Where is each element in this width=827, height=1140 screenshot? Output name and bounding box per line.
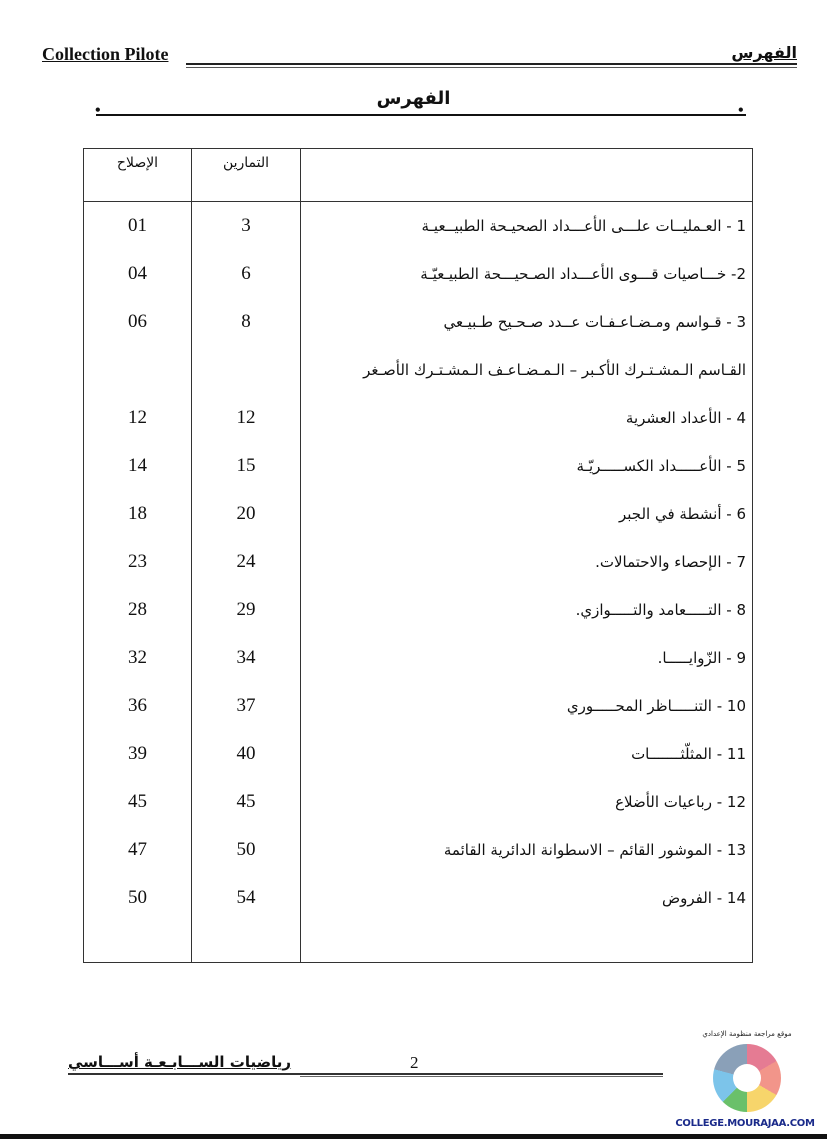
table-row: 28298 - التـــــعامد والتـــــوازي. (84, 586, 753, 634)
table-filler-row (84, 922, 753, 963)
cell-topic: 5 - الأعـــــداد الكســـــريّـة (301, 442, 753, 490)
title-rule (96, 114, 746, 116)
cell-correction: 36 (84, 682, 192, 730)
cell-topic: 3 - قـواسم ومـضـاعـفـات عــدد صـحـيح طـب… (301, 298, 753, 346)
cell-exercises: 12 (192, 394, 301, 442)
logo-url-text: COLLEGE.MOURAJAA.COM (675, 1118, 815, 1129)
footer-rule-thin (300, 1076, 663, 1077)
table-row: 394011 - المثلّثـــــــات (84, 730, 753, 778)
table-row: 475013 - الموشور القائم – الاسطوانة الدا… (84, 826, 753, 874)
table-row: 454512 - رباعيات الأضلاع (84, 778, 753, 826)
cell-exercises: 45 (192, 778, 301, 826)
cell-topic: 7 - الإحصاء والاحتمالات. (301, 538, 753, 586)
table-header-row: الإصلاح التمارين (84, 149, 753, 202)
table-row: 363710 - التنـــــاظر المحـــــوري (84, 682, 753, 730)
logo-ring-icon (713, 1044, 781, 1112)
site-logo: موقع مراجعة منظومة الإعدادي COLLEGE.MOUR… (675, 1030, 815, 1134)
table-row: القـاسم الـمشـتـرك الأكـبر – الـمـضـاعـف… (84, 346, 753, 394)
header-left-title: Collection Pilote (42, 44, 168, 65)
table-body: 0131 - العـمليــات علـــى الأعـــداد الص… (84, 202, 753, 963)
cell-correction: 23 (84, 538, 192, 586)
cell-topic: 4 - الأعداد العشرية (301, 394, 753, 442)
column-header-topic (301, 149, 753, 202)
cell-correction (84, 346, 192, 394)
cell-correction: 12 (84, 394, 192, 442)
cell-topic: 13 - الموشور القائم – الاسطوانة الدائرية… (301, 826, 753, 874)
column-header-correction: الإصلاح (84, 149, 192, 202)
table-row: 505414 - الفروض (84, 874, 753, 922)
column-header-exercises: التمارين (192, 149, 301, 202)
table-row: 18206 - أنشطة في الجبر (84, 490, 753, 538)
cell-correction: 50 (84, 874, 192, 922)
page-title-text: الفهرس (371, 88, 457, 109)
cell-exercises: 8 (192, 298, 301, 346)
table-row: 23247 - الإحصاء والاحتمالات. (84, 538, 753, 586)
header-rule (186, 63, 797, 65)
page-title: الفهرس (0, 88, 827, 109)
cell-topic: 1 - العـمليــات علـــى الأعـــداد الصحيـ… (301, 202, 753, 251)
cell-correction: 01 (84, 202, 192, 251)
cell-correction: 18 (84, 490, 192, 538)
cell-exercises: 24 (192, 538, 301, 586)
table-row: 12124 - الأعداد العشرية (84, 394, 753, 442)
cell-exercises (192, 346, 301, 394)
table-row: 0462- خـــاصيات قـــوى الأعـــداد الصـحي… (84, 250, 753, 298)
cell-exercises: 3 (192, 202, 301, 251)
cell-correction: 06 (84, 298, 192, 346)
cell-exercises: 6 (192, 250, 301, 298)
header-right-title: الفهرس (731, 43, 797, 62)
cell-correction: 32 (84, 634, 192, 682)
cell-correction: 39 (84, 730, 192, 778)
cell-topic: 14 - الفروض (301, 874, 753, 922)
cell-correction: 14 (84, 442, 192, 490)
footer-title: رياضيات الســـابـعـة أســـاسي (68, 1053, 291, 1071)
cell-exercises: 20 (192, 490, 301, 538)
cell-topic: القـاسم الـمشـتـرك الأكـبر – الـمـضـاعـف… (301, 346, 753, 394)
cell-topic: 8 - التـــــعامد والتـــــوازي. (301, 586, 753, 634)
bottom-border (0, 1134, 827, 1139)
cell-topic: 2- خـــاصيات قـــوى الأعـــداد الصـحيـــ… (301, 250, 753, 298)
cell-topic: 12 - رباعيات الأضلاع (301, 778, 753, 826)
table-of-contents: الإصلاح التمارين 0131 - العـمليــات علــ… (83, 148, 753, 963)
cell-exercises: 34 (192, 634, 301, 682)
cell-exercises: 40 (192, 730, 301, 778)
cell-exercises: 37 (192, 682, 301, 730)
cell-correction: 47 (84, 826, 192, 874)
cell-topic: 10 - التنـــــاظر المحـــــوري (301, 682, 753, 730)
cell-correction: 45 (84, 778, 192, 826)
header-rule-thin (186, 67, 797, 68)
cell-topic: 6 - أنشطة في الجبر (301, 490, 753, 538)
table-row: 0131 - العـمليــات علـــى الأعـــداد الص… (84, 202, 753, 251)
cell-exercises: 54 (192, 874, 301, 922)
page-number: 2 (410, 1053, 419, 1073)
cell-exercises: 15 (192, 442, 301, 490)
table-row: 32349 - الزّوايـــــا. (84, 634, 753, 682)
cell-exercises: 50 (192, 826, 301, 874)
table-row: 0683 - قـواسم ومـضـاعـفـات عــدد صـحـيح … (84, 298, 753, 346)
cell-correction: 04 (84, 250, 192, 298)
footer-rule (68, 1073, 663, 1075)
table-row: 14155 - الأعـــــداد الكســـــريّـة (84, 442, 753, 490)
cell-correction: 28 (84, 586, 192, 634)
cell-topic: 9 - الزّوايـــــا. (301, 634, 753, 682)
logo-arc-text: موقع مراجعة منظومة الإعدادي (687, 1030, 807, 1038)
cell-topic: 11 - المثلّثـــــــات (301, 730, 753, 778)
cell-exercises: 29 (192, 586, 301, 634)
